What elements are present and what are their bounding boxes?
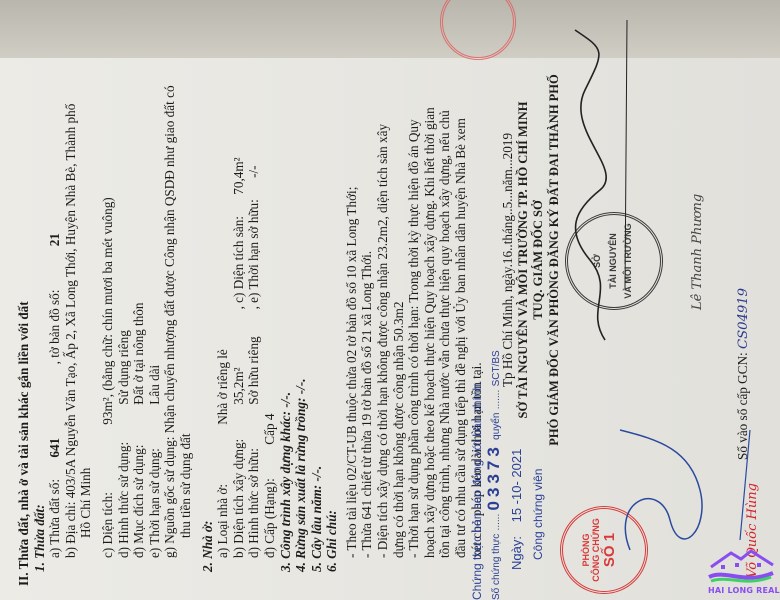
notary-seal-line1: PHÒNG [563, 509, 591, 591]
purpose-row: đ) Mục đích sử dụng: Đất ở tại nông thôn [131, 85, 147, 586]
grade-value: Cấp 4 [262, 414, 277, 445]
other-construction: 3. Công trình xây dựng khác: -/-. [278, 85, 294, 586]
ownership-term-label: , e) Thời hạn sở hữu: [246, 199, 261, 309]
note-line: - Thời hạn sử dụng phần công trình có th… [406, 85, 422, 586]
house-type-value: Nhà ở riêng lẻ [215, 349, 230, 424]
notary-date-value: 15 -10- 2021 [509, 449, 524, 533]
map-sheet-label: , tờ bản đồ số: [47, 290, 62, 365]
notary-block: Chứng thực bản sao đúng với bản chính. S… [470, 350, 546, 600]
area-value: 93m², (bằng chữ: chín mươi ba mét vuông) [100, 197, 115, 424]
address-label: b) Địa chỉ: [63, 502, 78, 558]
parcel-row: a) Thửa đất số: 641 , tờ bản đồ số: 21 [47, 85, 63, 586]
notes-heading: 6. Ghi chú: [324, 85, 340, 586]
perennial-trees: 5. Cây lâu năm: -/-. [309, 85, 325, 586]
ownership-term-value: -/- [246, 165, 261, 195]
area-row: c) Diện tích: 93m², (bằng chữ: chín mươi… [100, 85, 116, 586]
note-line: - Diện tích xây dựng có thời hạn không đ… [375, 85, 391, 586]
production-forest: 4. Rừng sản xuất là rừng trồng: -/-. [293, 85, 309, 586]
address-row: b) Địa chỉ: 403/5A Nguyễn Văn Tạo, Ấp 2,… [63, 85, 79, 586]
notary-title: Công chứng viên [531, 350, 547, 600]
purpose-value: Đất ở tại nông thôn [131, 303, 146, 405]
use-form-value: Sử dụng riêng [116, 330, 131, 405]
note-line: đầu tư có nhu cầu sử dụng tiếp thì đề ng… [453, 85, 469, 586]
floor-area-value: 70,4m² [231, 157, 246, 212]
land-section: II. Thửa đất, nhà ở và tài sản khác gắn … [16, 85, 484, 586]
house-heading: 2. Nhà ở: [200, 85, 216, 586]
notary-date-row: Ngày: 15 -10- 2021 [509, 350, 525, 600]
area-label: c) Diện tích: [100, 428, 116, 558]
house-type-label: a) Loại nhà ở: [215, 428, 231, 558]
build-area-value: 35,2m² [231, 313, 247, 405]
ownership-label: d) Hình thức sở hữu: [246, 408, 262, 558]
grade-row: đ) Cấp (Hạng): Cấp 4 [262, 85, 278, 586]
origin-value: Nhận chuyển nhượng đất được Công nhận QS… [162, 85, 177, 433]
note-line: dựng có thời hạn không được công nhận 50… [391, 85, 407, 586]
watermark-brand: HAI LONG REAL [708, 586, 780, 595]
note-line: - Thửa 641 chiết từ thửa 19 tờ bản đồ số… [359, 85, 375, 586]
address-value: 403/5A Nguyễn Văn Tạo, Ấp 2, Xã Long Thớ… [63, 104, 78, 499]
origin-row: g) Nguồn gốc sử dụng: Nhận chuyển nhượng… [162, 85, 178, 586]
build-area-label: b) Diện tích xây dựng: [231, 408, 247, 558]
ownership-value: Sở hữu riêng [246, 313, 262, 405]
notary-number-row: Số chứng thực ...... 03373 quyển .......… [486, 350, 502, 600]
grade-label: đ) Cấp (Hạng): [262, 448, 278, 558]
term-value: Lâu dài [147, 365, 162, 405]
address-cont: Hồ Chí Minh [78, 85, 94, 586]
notary-number: 03373 [484, 443, 503, 510]
notary-date-label: Ngày: [509, 536, 524, 570]
notary-book-label: quyển [491, 413, 502, 440]
term-label: e) Thời hạn sử dụng: [147, 408, 163, 558]
map-sheet-number: 21 [47, 233, 62, 286]
notary-number-prefix: Số chứng thực [491, 534, 502, 600]
origin-label: g) Nguồn gốc sử dụng: [162, 437, 177, 558]
signer-name: Lê Thanh Phương [690, 194, 706, 310]
parcel-number: 641 [47, 368, 63, 476]
certificate-page: II. Thửa đất, nhà ở và tài sản khác gắn … [0, 0, 780, 600]
issuer-signature-icon [545, 20, 635, 350]
note-line: - Theo tài liệu 02/CT-UB thuộc thửa 02 t… [344, 85, 360, 586]
parcel-label: a) Thửa đất số: [47, 479, 62, 558]
build-area-row: b) Diện tích xây dựng: 35,2m² , c) Diện … [231, 85, 247, 586]
land-heading: 1. Thửa đất: [32, 85, 48, 586]
purpose-label: đ) Mục đích sử dụng: [131, 408, 147, 558]
section-title: II. Thửa đất, nhà ở và tài sản khác gắn … [16, 85, 32, 586]
house-type-row: a) Loại nhà ở: Nhà ở riêng lẻ [215, 85, 231, 586]
note-line: hoạch xây dựng hoặc theo kế hoạch thực h… [422, 85, 438, 586]
term-row: e) Thời hạn sử dụng: Lâu dài [147, 85, 163, 586]
floor-area-label: , c) Diện tích sàn: [231, 216, 246, 309]
registry-value: CS04919 [736, 288, 751, 349]
ownership-row: d) Hình thức sở hữu: Sở hữu riêng , e) T… [246, 85, 262, 586]
use-form-row: d) Hình thức sử dụng: Sử dụng riêng [116, 85, 132, 586]
origin-cont: thu tiền sử dụng đất [178, 85, 194, 586]
notary-book-suffix: SCT/BS [491, 350, 502, 386]
use-form-label: d) Hình thức sử dụng: [116, 408, 132, 558]
note-line: tồn tại công trình, nhưng Nhà nước vẫn c… [437, 85, 453, 586]
